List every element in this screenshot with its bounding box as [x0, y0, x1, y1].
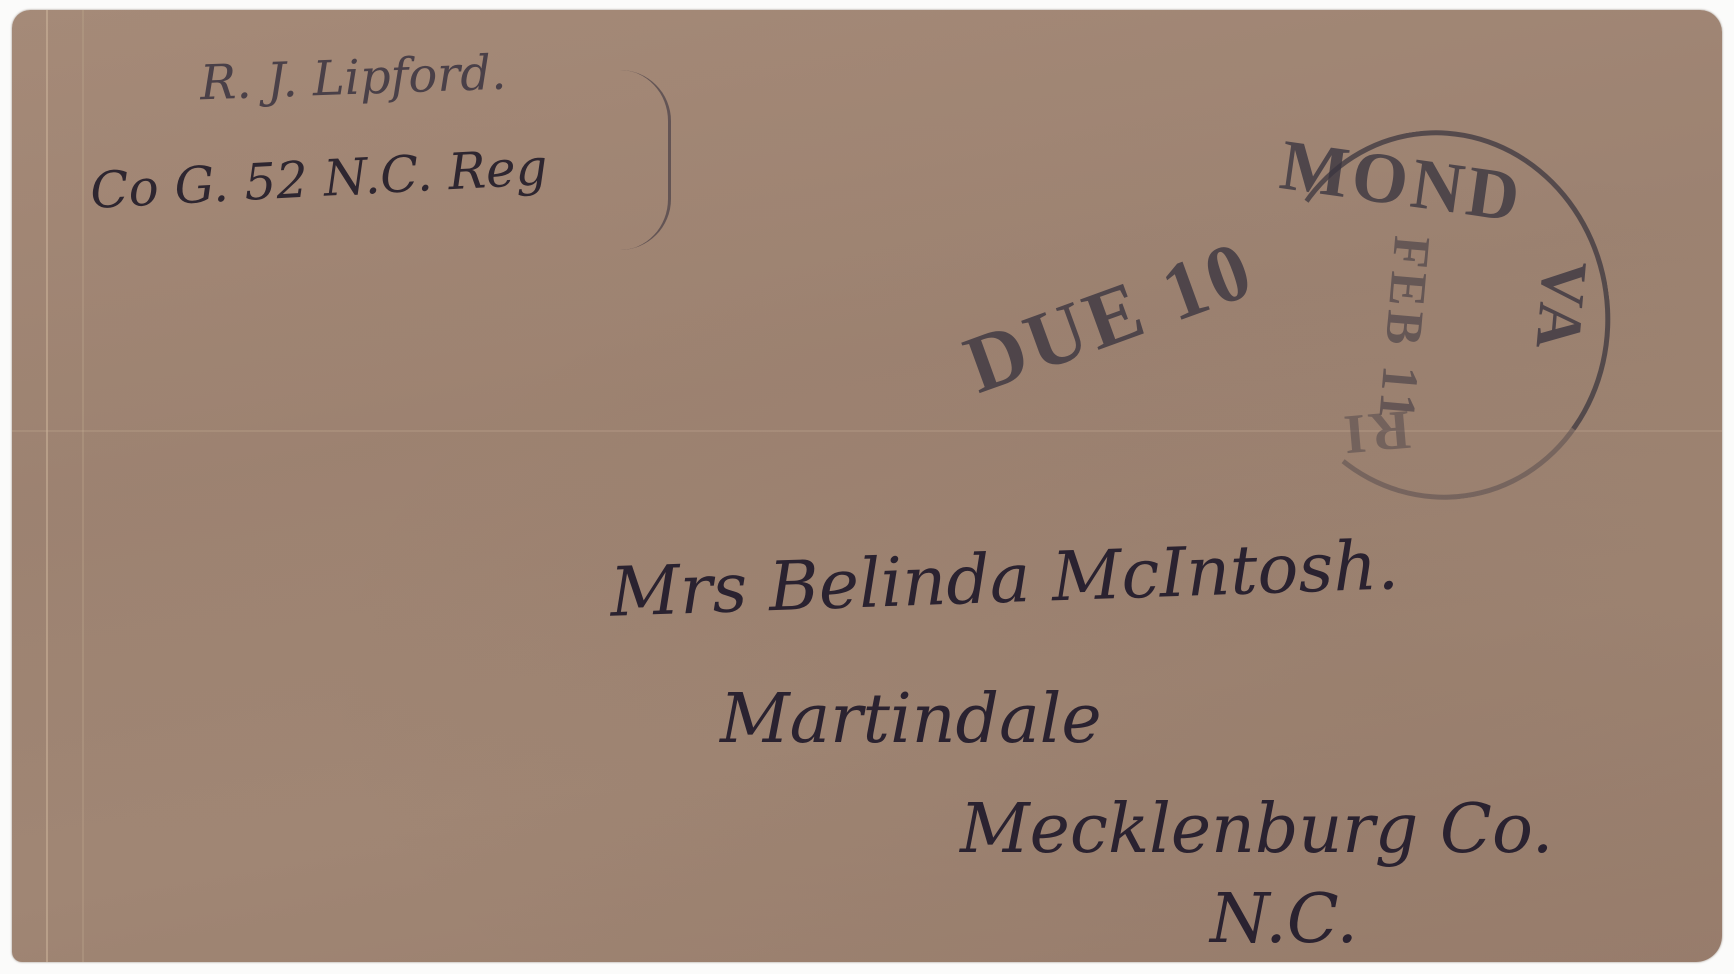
- return-address-name: R. J. Lipford.: [199, 45, 507, 112]
- left-fold-crease: [82, 10, 84, 962]
- addressee-town: Martindale: [720, 680, 1102, 759]
- addressee-county: Mecklenburg Co.: [960, 790, 1553, 869]
- left-fold-crease: [46, 10, 48, 962]
- addressee-state: N.C.: [1210, 880, 1358, 959]
- bracket-flourish: [620, 70, 671, 250]
- postmark-state: VA: [1520, 258, 1602, 356]
